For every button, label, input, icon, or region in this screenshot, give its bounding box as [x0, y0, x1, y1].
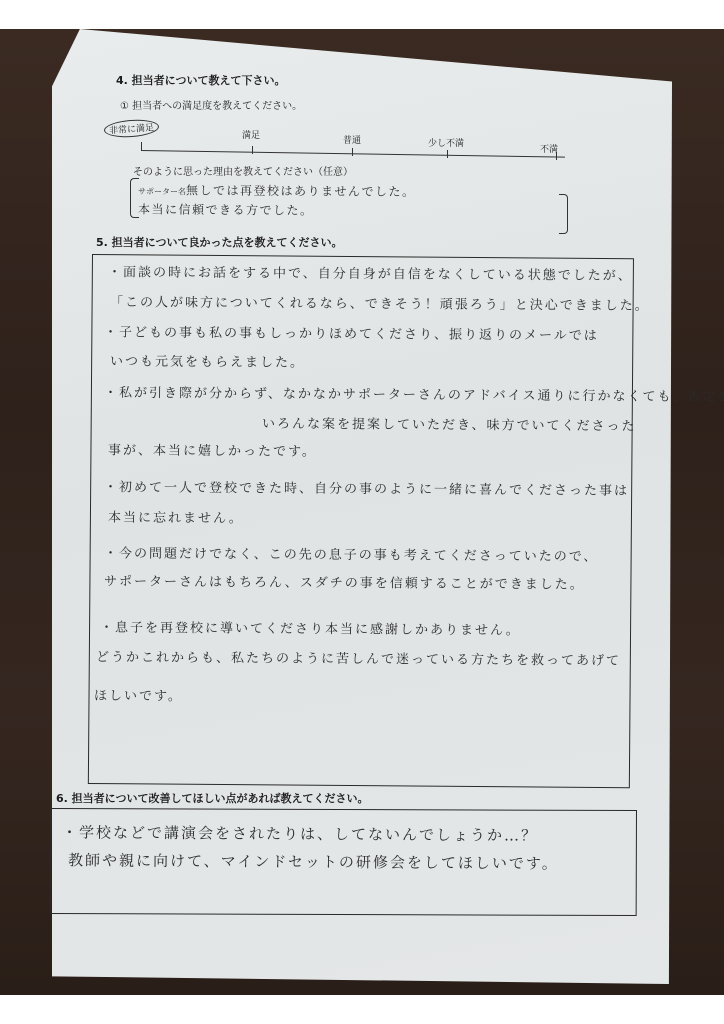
scale-tick: [556, 152, 557, 160]
reason-line-1: サポーター名無しでは再登校はありませんでした。: [138, 181, 416, 200]
reason-line-2: 本当に信頼できる方でした。: [138, 200, 314, 218]
scale-option-neutral[interactable]: 普通: [343, 133, 361, 146]
scale-option-satisfied[interactable]: 満足: [242, 128, 260, 141]
section4-q1: ① 担当者への満足度を教えてください。: [120, 97, 302, 112]
section6-title: 6. 担当者について改善してほしい点があれば教えてください。: [56, 790, 368, 806]
good-points-line: いつも元気をもらえました。: [110, 350, 305, 370]
scale-tick: [252, 146, 253, 154]
good-points-line: どうかこれからも、私たちのように苦しんで迷っている方たちを救ってあげて: [96, 646, 621, 669]
good-points-line: サポーターさんはもちろん、スダチの事を信頼することができました。: [104, 570, 585, 592]
reason-bracket-right: [559, 194, 568, 234]
scale-tick: [141, 142, 142, 150]
scale-option-slightly-dissatisfied[interactable]: 少し不満: [428, 136, 464, 149]
good-points-line: いろんな案を提案していただき、味方でいてくださった: [262, 413, 637, 435]
improvement-line: 教師や親に向けて、マインドセットの研修会をしてほしいです。: [68, 849, 559, 873]
good-points-line: 本当に忘れません。: [108, 507, 244, 527]
reason-prefix: サポーター名: [138, 187, 186, 196]
good-points-line: ・息子を再登校に導いてくださり本当に感謝しかありません。: [100, 617, 521, 639]
scale-tick: [352, 148, 353, 156]
good-points-line: ・子どもの事も私の事もしっかりほめてくださり、振り返りのメールでは: [104, 321, 599, 343]
section5-title: 5. 担当者について良かった点を教えてください。: [96, 234, 342, 250]
good-points-line: 事が、本当に嬉しかったです。: [108, 439, 317, 459]
reason-prompt: そのように思った理由を教えてください（任意）: [133, 163, 353, 178]
good-points-line: ・今の問題だけでなく、この先の息子の事も考えてくださっていたので、: [104, 542, 599, 564]
improvement-line: ・学校などで講演会をされたりは、してないんでしょうか…？: [62, 821, 538, 845]
good-points-line: 「この人が味方についてくれるなら、できそう！頑張ろう」と決心できました。: [110, 291, 650, 314]
section4-title: 4. 担当者について教えて下さい。: [116, 72, 285, 88]
good-points-line: ほしいです。: [94, 685, 183, 705]
good-points-line: ・初めて一人で登校できた時、自分の事のように一緒に喜んでくださった事は: [104, 476, 629, 499]
good-points-line: ・面談の時にお話をする中で、自分自身が自信をなくしている状態でしたが、: [108, 261, 633, 284]
scale-tick: [447, 150, 448, 158]
